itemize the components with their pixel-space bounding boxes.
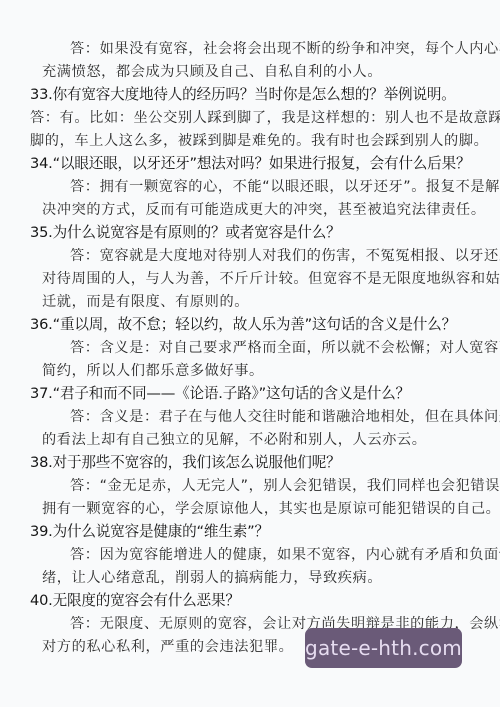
- answer-line: 对待周围的人，与人为善，不斤斤计较。但宽容不是无限度地纵容和姑息: [42, 269, 500, 289]
- answer-line: 答：宽容就是大度地对待别人对我们的伤害，不冤冤相报、以牙还牙，: [70, 246, 500, 266]
- question-37: 37.“君子和而不同——《论语.子路》”这句话的含义是什么？: [30, 384, 410, 404]
- question-33: 33.你有宽容大度地待人的经历吗？当时你是怎么想的？举例说明。: [30, 85, 456, 105]
- answer-line: 简约，所以人们都乐意多做好事。: [42, 361, 264, 381]
- answer-line: 答：拥有一颗宽容的心，不能“以眼还眼，以牙还牙”。报复不是解: [70, 177, 500, 197]
- answer-line: 答：含义是：对自己要求严格而全面，所以就不会松懈；对人宽容而: [70, 338, 500, 358]
- answer-line: 拥有一颗宽容的心，学会原谅他人，其实也是原谅可能犯错误的自己。: [42, 499, 500, 519]
- answer-line: 迁就，而是有限度、有原则的。: [42, 292, 249, 312]
- answer-line: 绪，让人心绪意乱，削弱人的搞病能力，导致疾病。: [42, 568, 382, 588]
- answer-line: 答：如果没有宽容，社会将会出现不断的纷争和冲突，每个人内心将: [70, 39, 500, 59]
- answer-line: 决冲突的方式，反而有可能造成更大的冲突，甚至被追究法律责任。: [42, 200, 486, 220]
- answer-line: 答：因为宽容能增进人的健康，如果不宽容，内心就有矛盾和负面情: [70, 545, 500, 565]
- answer-line: 答：有。比如：坐公交别人踩到脚了，我是这样想的：别人也不是故意踩我: [30, 108, 500, 128]
- question-40: 40.无限度的宽容会有什么恶果？: [30, 591, 240, 611]
- question-38: 38.对于那些不宽容的，我们该怎么说服他们呢？: [30, 453, 341, 473]
- answer-line: 充满愤怒，都会成为只顾及自己、自私自利的小人。: [42, 62, 382, 82]
- answer-line: 的看法上却有自己独立的见解，不必附和别人，人云亦云。: [42, 430, 426, 450]
- question-39: 39.为什么说宽容是健康的“维生素”？: [30, 522, 269, 542]
- watermark-badge: gate-e-hth.com: [305, 628, 462, 668]
- question-36: 36.“重以周，故不怠；轻以约，故人乐为善”这句话的含义是什么？: [30, 315, 456, 335]
- document-page: 答：如果没有宽容，社会将会出现不断的纷争和冲突，每个人内心将 充满愤怒，都会成为…: [0, 0, 500, 707]
- question-34: 34.“以眼还眼，以牙还牙”想法对吗？如果进行报复，会有什么后果？: [30, 154, 470, 174]
- answer-line: 对方的私心私利，严重的会违法犯罪。: [42, 637, 293, 657]
- answer-line: 答：含义是：君子在与他人交往时能和谐融洽地相处，但在具体问题: [70, 407, 500, 427]
- answer-line: 脚的，车上人这么多，被踩到脚是难免的。我有时也会踩到别人的脚。: [30, 131, 488, 151]
- answer-line: 答：“金无足赤，人无完人”，别人会犯错误，我们同样也会犯错误。: [70, 476, 500, 496]
- question-35: 35.为什么说宽容是有原则的？或者宽容是什么？: [30, 223, 341, 243]
